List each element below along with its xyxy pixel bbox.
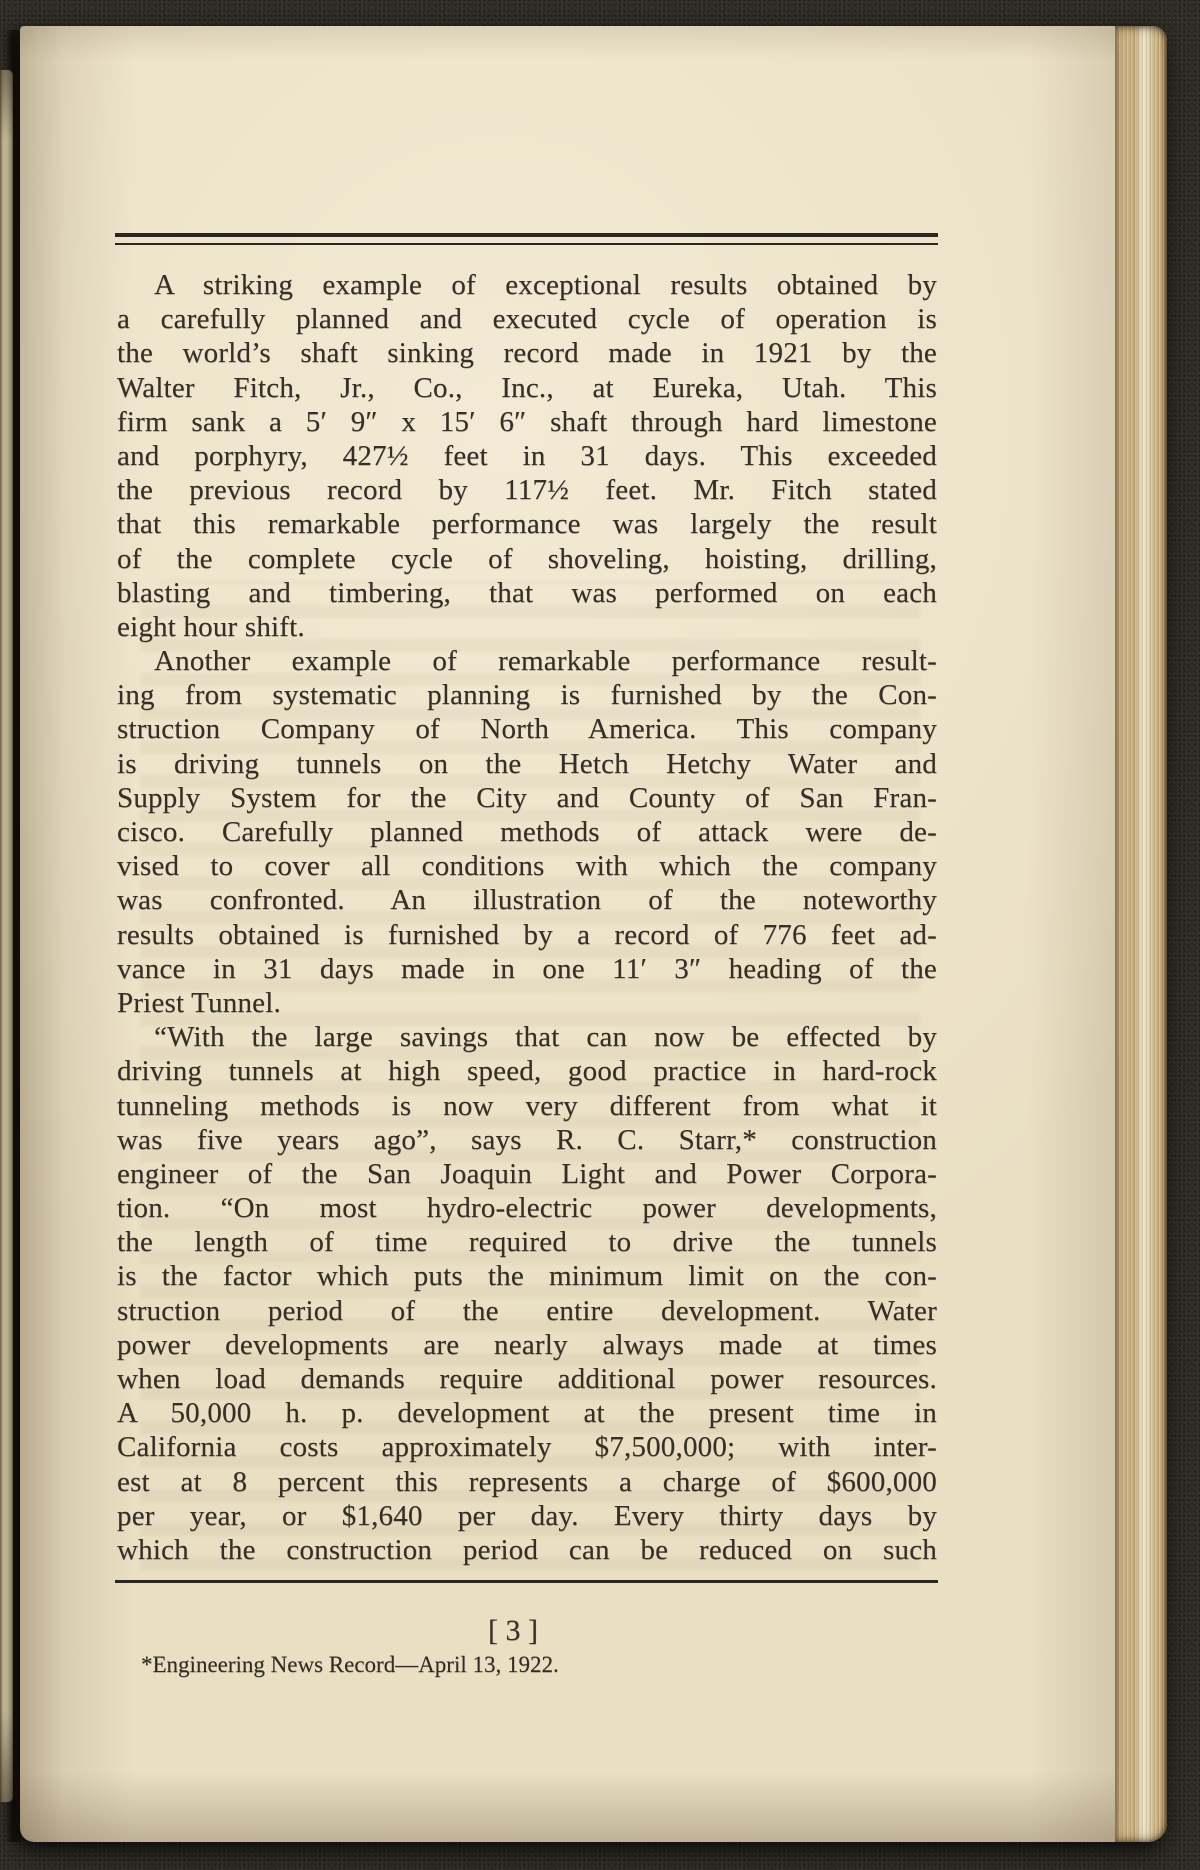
- text-line: cisco. Carefully planned methods of atta…: [117, 815, 937, 849]
- text-line: of the complete cycle of shoveling, hois…: [117, 542, 937, 576]
- text-line: A striking example of exceptional result…: [117, 268, 937, 302]
- text-line: struction period of the entire developme…: [117, 1294, 937, 1328]
- text-line: was confronted. An illustration of the n…: [117, 883, 937, 917]
- text-line: the length of time required to drive the…: [117, 1225, 937, 1259]
- text-line: vised to cover all conditions with which…: [117, 849, 937, 883]
- text-line: est at 8 percent this represents a charg…: [117, 1465, 937, 1499]
- text-line: when load demands require additional pow…: [117, 1362, 937, 1396]
- text-line: the world’s shaft sinking record made in…: [117, 336, 937, 370]
- text-line: blasting and timbering, that was perform…: [117, 576, 937, 610]
- text-line: eight hour shift.: [117, 610, 937, 644]
- text-line: tunneling methods is now very different …: [117, 1089, 937, 1123]
- text-line: the previous record by 117½ feet. Mr. Fi…: [117, 473, 937, 507]
- text-line: Priest Tunnel.: [117, 986, 937, 1020]
- footnote-rule: [115, 1580, 938, 1583]
- text-line: is driving tunnels on the Hetch Hetchy W…: [117, 747, 937, 781]
- body-text: A striking example of exceptional result…: [117, 268, 937, 1567]
- page-number: [ 3 ]: [413, 1614, 613, 1648]
- text-line: California costs approximately $7,500,00…: [117, 1430, 937, 1464]
- top-double-rule-thick: [115, 233, 938, 237]
- text-line: “With the large savings that can now be …: [117, 1020, 937, 1054]
- page-edge-stack: [1115, 26, 1167, 1842]
- text-line: engineer of the San Joaquin Light and Po…: [117, 1157, 937, 1191]
- text-line: A 50,000 h. p. development at the presen…: [117, 1396, 937, 1430]
- text-line: Another example of remarkable performanc…: [117, 644, 937, 678]
- text-line: firm sank a 5′ 9″ x 15′ 6″ shaft through…: [117, 405, 937, 439]
- top-double-rule-thin: [115, 243, 938, 245]
- text-line: vance in 31 days made in one 11′ 3″ head…: [117, 952, 937, 986]
- text-line: Supply System for the City and County of…: [117, 781, 937, 815]
- paragraph: Another example of remarkable performanc…: [117, 644, 937, 1020]
- paragraph: “With the large savings that can now be …: [117, 1020, 937, 1567]
- text-line: was five years ago”, says R. C. Starr,* …: [117, 1123, 937, 1157]
- text-line: tion. “On most hydro-electric power deve…: [117, 1191, 937, 1225]
- text-line: struction Company of North America. This…: [117, 712, 937, 746]
- text-line: driving tunnels at high speed, good prac…: [117, 1054, 937, 1088]
- text-line: is the factor which puts the minimum lim…: [117, 1259, 937, 1293]
- book-page: A striking example of exceptional result…: [20, 26, 1167, 1842]
- text-line: Walter Fitch, Jr., Co., Inc., at Eureka,…: [117, 371, 937, 405]
- text-line: results obtained is furnished by a recor…: [117, 918, 937, 952]
- text-line: and porphyry, 427½ feet in 31 days. This…: [117, 439, 937, 473]
- scanned-page-view: A striking example of exceptional result…: [0, 0, 1200, 1870]
- paragraph: A striking example of exceptional result…: [117, 268, 937, 644]
- text-line: per year, or $1,640 per day. Every thirt…: [117, 1499, 937, 1533]
- footnote: *Engineering News Record—April 13, 1922.: [141, 1650, 841, 1679]
- text-line: ing from systematic planning is furnishe…: [117, 678, 937, 712]
- text-line: that this remarkable performance was lar…: [117, 507, 937, 541]
- text-line: power developments are nearly always mad…: [117, 1328, 937, 1362]
- text-line: a carefully planned and executed cycle o…: [117, 302, 937, 336]
- left-page-sliver: [0, 70, 13, 1802]
- text-line: which the construction period can be red…: [117, 1533, 937, 1567]
